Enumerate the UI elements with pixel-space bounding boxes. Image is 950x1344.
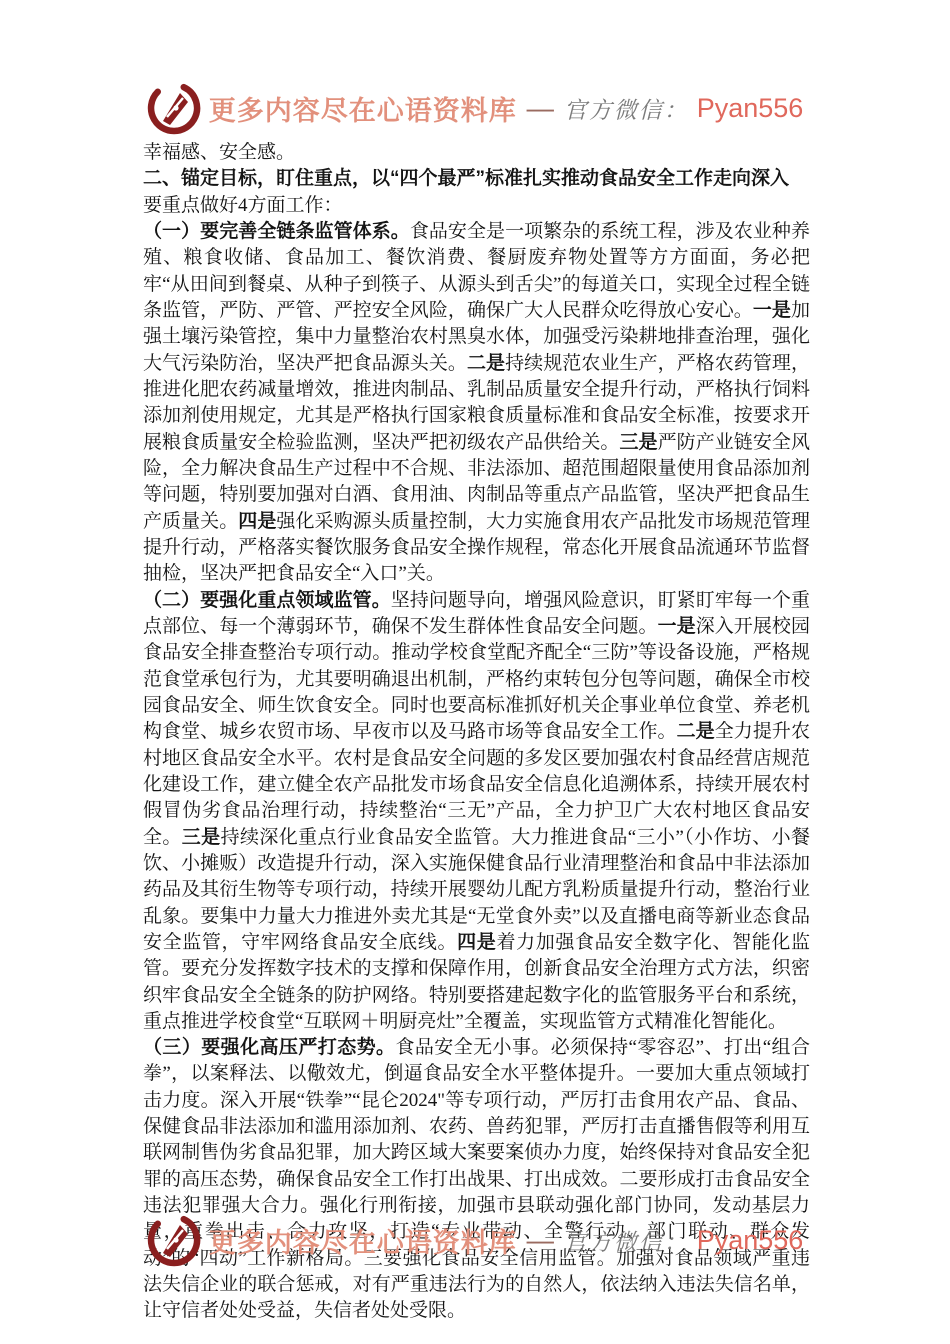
footer-banner: 更多内容尽在心语资料库—官方微信：Pyan556	[0, 1212, 950, 1268]
paragraph: （三）要强化高压严打态势。食品安全无小事。必须保持“零容忍”、打出“组合拳”，以…	[143, 1035, 810, 1325]
text-segment: 幸福感、安全感。	[143, 142, 295, 163]
text-segment: 二是	[677, 721, 715, 742]
text-segment: 四是	[238, 511, 276, 532]
paragraph: （二）要强化重点领域监管。坚持问题导向，增强风险意识，盯紧盯牢每一个重点部位、每…	[143, 588, 810, 1036]
text-segment: 一是	[753, 300, 791, 321]
wechat-label: 官方微信：	[564, 1224, 689, 1257]
wechat-id: Pyan556	[697, 1225, 804, 1256]
wechat-label: 官方微信：	[564, 92, 689, 125]
wechat-id: Pyan556	[697, 93, 804, 124]
banner-dash: —	[527, 1225, 554, 1256]
text-segment: 二、锚定目标，盯住重点，以“四个最严”标准扎实推动食品安全工作走向深入	[143, 168, 789, 189]
text-segment: 四是	[457, 932, 496, 953]
text-segment: 要重点做好4方面工作：	[143, 195, 343, 216]
banner-dash: —	[527, 93, 554, 124]
paragraph: 幸福感、安全感。	[143, 140, 810, 166]
paragraph: 二、锚定目标，盯住重点，以“四个最严”标准扎实推动食品安全工作走向深入	[143, 166, 810, 192]
banner-site-text: 更多内容尽在心语资料库	[209, 89, 517, 128]
text-segment: 一是	[658, 616, 696, 637]
text-segment: （三）要强化高压严打态势。	[143, 1037, 395, 1058]
text-segment: （一）要完善全链条监管体系。	[143, 221, 410, 242]
header-banner: 更多内容尽在心语资料库—官方微信：Pyan556	[0, 80, 950, 136]
document-body: 幸福感、安全感。二、锚定目标，盯住重点，以“四个最严”标准扎实推动食品安全工作走…	[143, 140, 810, 1325]
paragraph: （一）要完善全链条监管体系。食品安全是一项繁杂的系统工程，涉及农业种养殖、粮食收…	[143, 219, 810, 588]
document-page: 更多内容尽在心语资料库—官方微信：Pyan556 幸福感、安全感。二、锚定目标，…	[0, 0, 950, 1344]
banner-site-text: 更多内容尽在心语资料库	[209, 1221, 517, 1260]
text-segment: （二）要强化重点领域监管。	[143, 590, 391, 611]
text-segment: 三是	[182, 827, 221, 848]
pen-nib-circle-icon	[147, 1213, 201, 1267]
pen-nib-circle-icon	[147, 81, 201, 135]
text-segment: 三是	[619, 432, 657, 453]
text-segment: 二是	[467, 353, 505, 374]
paragraph: 要重点做好4方面工作：	[143, 193, 810, 219]
text-segment: 食品安全无小事。必须保持“零容忍”、打出“组合拳”，以案释法、以儆效尤，倒逼食品…	[143, 1037, 810, 1321]
